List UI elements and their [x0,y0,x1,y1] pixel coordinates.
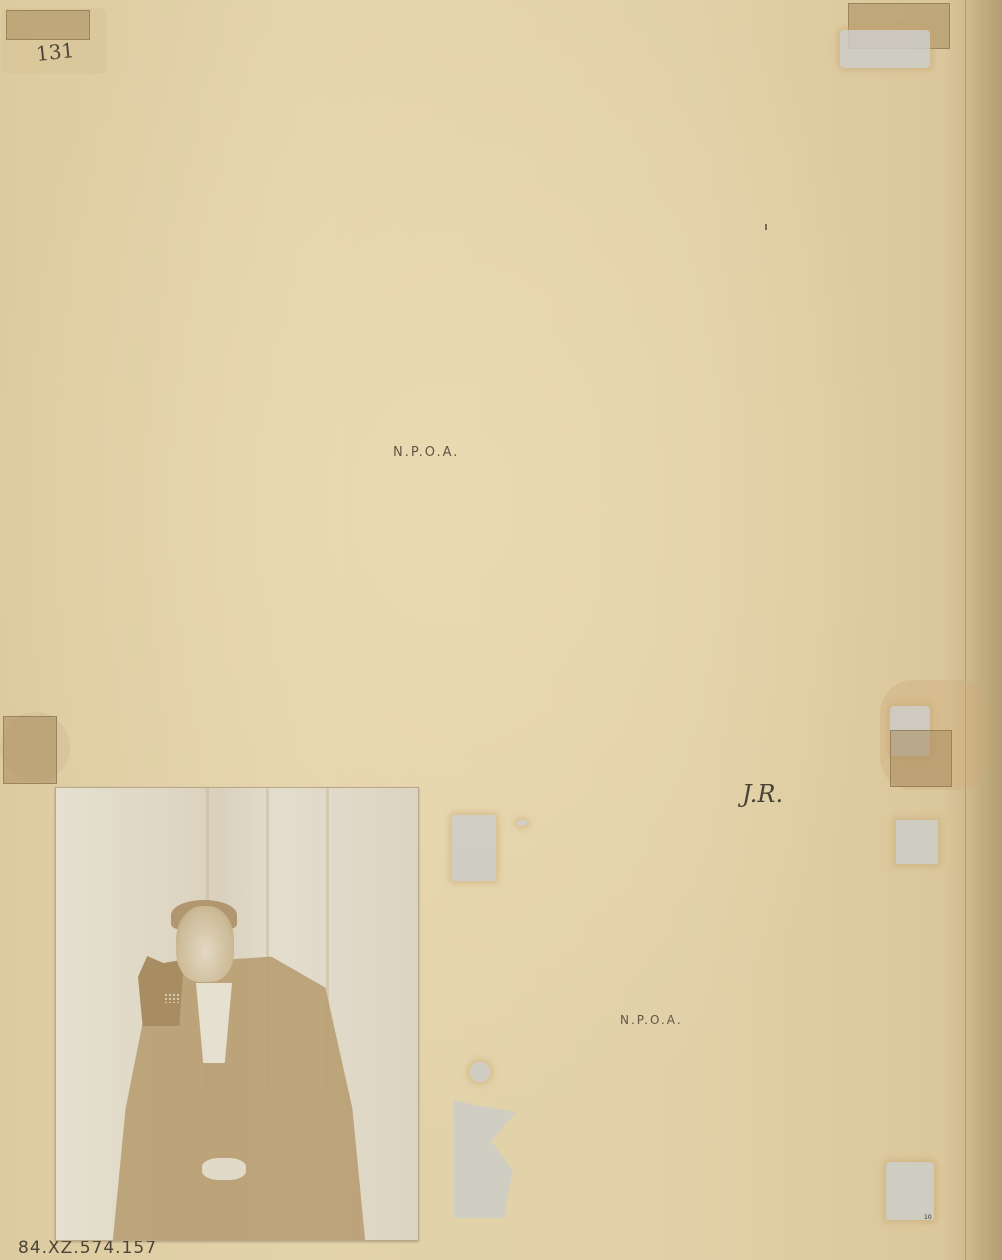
speck [765,224,767,230]
album-page: 10 131 N.P.O.A. J.R. N.P.O.A. 84.XZ.574.… [0,0,1002,1260]
tape-remnant-middle-right [890,730,952,787]
accession-number: 84.XZ.574.157 [18,1238,157,1258]
chair-ornament [164,993,180,1003]
paper-loss-top-right [840,30,930,68]
paper-loss-center-upper [452,815,496,881]
paper-loss-spot-lower [470,1062,490,1082]
annotation-npoa-bottom: N.P.O.A. [620,1013,683,1027]
sitter-face [176,906,234,982]
corner-mark: 10 [924,1214,932,1221]
paper-loss-spot [517,820,527,826]
paper-loss-center-lower [454,1100,516,1218]
tape-remnant-top-left [6,10,90,40]
carved-chair [138,956,184,1026]
annotation-npoa-top: N.P.O.A. [393,445,459,460]
binding-edge [965,0,1002,1260]
page-number: 131 [35,38,75,66]
mounted-photograph: Seated man in dark gown with white bands… [55,787,419,1241]
paper-loss-bottom-right [886,1162,934,1220]
tape-remnant-middle-left [3,716,57,784]
sitter-hand [202,1158,246,1180]
paper-loss-right [896,820,938,864]
annotation-initials: J.R. [742,780,783,808]
